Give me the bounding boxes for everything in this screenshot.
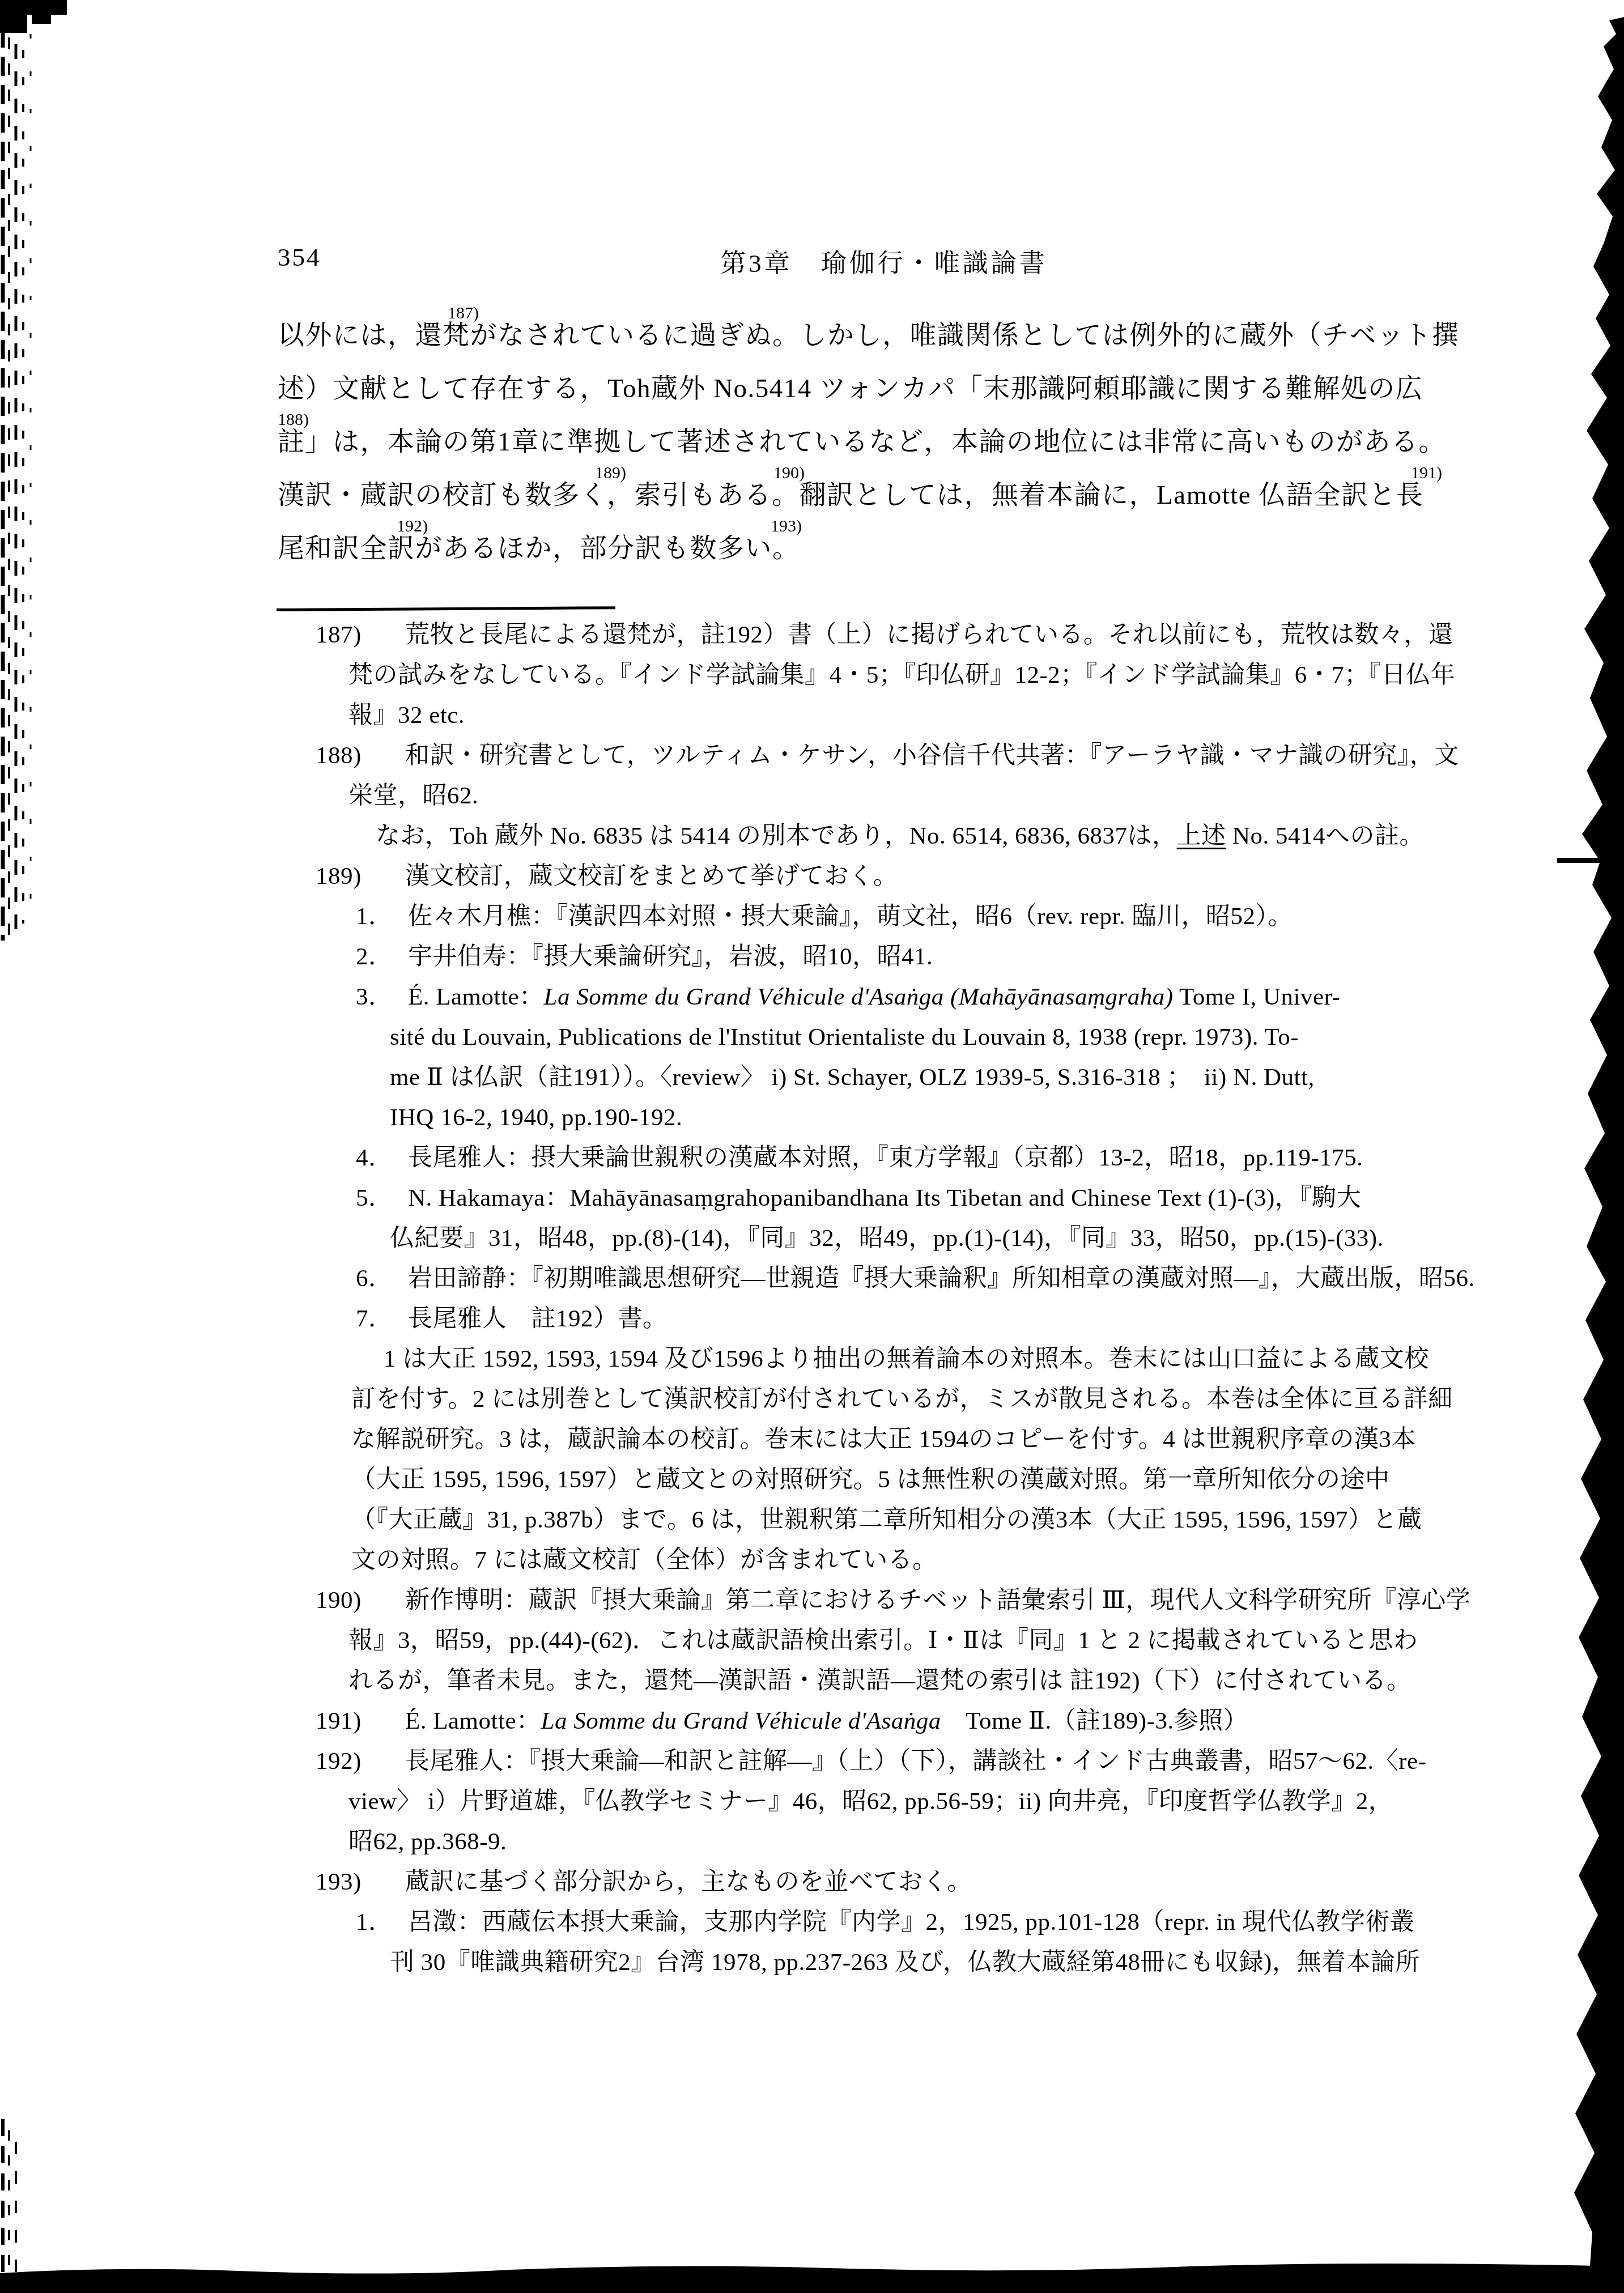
footnote-text: 昭62, pp.368-9. — [348, 1828, 507, 1855]
footnote-line: sité du Louvain, Publications de l'Insti… — [278, 1017, 1507, 1057]
footnote-line: （『大正蔵』31, p.387b）まで。6 は，世親釈第二章所知相分の漢3本（大… — [278, 1500, 1507, 1540]
footnote-number: 187) — [316, 615, 405, 655]
footnote-line: 189)漢文校訂，蔵文校訂をまとめて挙げておく。 — [278, 856, 1507, 896]
footnote-text: 蔵訳に基づく部分訳から，主なものを並べておく。 — [405, 1869, 972, 1895]
footnote-line: me Ⅱ は仏訳（註191））。〈review〉 i) St. Schayer,… — [278, 1057, 1507, 1097]
footnote-text: 梵の試みをなしている。『インド学試論集』4・5；『印仏研』12-2；『インド学試… — [348, 662, 1455, 688]
body-line: 189) 190) 191) 漢訳・蔵訳の校訂も数多く，索引もある。翻訳としては… — [278, 469, 1502, 522]
footnote-line: なお，Toh 蔵外 No. 6835 は 5414 の別本であり，No. 651… — [278, 816, 1507, 856]
corner-blob-noise — [0, 0, 67, 33]
footnote-text: me Ⅱ は仏訳（註191））。〈review〉 i) St. Schayer,… — [390, 1064, 1315, 1091]
footnote-text: 1 は大正 1592, 1593, 1594 及び1596より抽出の無着論本の対… — [384, 1346, 1429, 1372]
footnote-number: 192) — [316, 1741, 405, 1781]
footnote-line: 191)É. Lamotte：La Somme du Grand Véhicul… — [278, 1701, 1507, 1741]
body-line: 述）文献として存在する，Toh蔵外 No.5414 ツォンカパ「末那識阿頼耶識に… — [278, 362, 1502, 415]
footnote-text: （大正 1595, 1596, 1597）と蔵文との対照研究。5 は無性釈の漢蔵… — [351, 1466, 1390, 1493]
footnote-ref: 189) — [595, 462, 626, 484]
footnote-text: 呂澂：西蔵伝本摂大乗論，支那内学院『内学』2，1925, pp.101-128（… — [408, 1909, 1415, 1935]
body-text: 尾和訳全訳があるほか，部分訳も数多い。 — [278, 534, 800, 563]
footnote-text: 岩田諦静：『初期唯識思想研究―世親造『摂大乗論釈』所知相章の漢蔵対照―』，大蔵出… — [408, 1265, 1475, 1292]
footnote-text: れるが，筆者未見。また，還梵―漢訳語・漢訳語―還梵の索引は 註192)（下）に付… — [348, 1667, 1412, 1694]
footnote-line: 訂を付す。2 には別巻として漢訳校訂が付されているが，ミスが散見される。本巻は全… — [278, 1379, 1507, 1419]
footnote-text: 報』32 etc. — [348, 702, 465, 729]
footnote-text: 長尾雅人：摂大乗論世親釈の漢蔵本対照，『東方学報』（京都）13-2，昭18，pp… — [408, 1145, 1363, 1171]
footnote-line: 3．É. Lamotte：La Somme du Grand Véhicule … — [278, 977, 1507, 1017]
footnote-text: 荒牧と長尾による還梵が，註192）書（上）に掲げられている。それ以前にも，荒牧は… — [405, 622, 1453, 648]
list-number: 2． — [356, 937, 408, 977]
footnote-text: 和訳・研究書として，ツルティム・ケサン，小谷信千代共著：『アーラヤ識・マナ識の研… — [405, 742, 1459, 769]
footnote-text: Tome Ⅱ.（註189)-3.参照） — [941, 1708, 1248, 1734]
footnote-ref: 191) — [1411, 462, 1442, 484]
footnote-text: なお，Toh 蔵外 No. 6835 は 5414 の別本であり，No. 651… — [376, 823, 1177, 849]
footnote-text: É. Lamotte： — [405, 1708, 541, 1734]
footnote-line: 5．N. Hakamaya：Mahāyānasaṃgrahopanibandha… — [278, 1178, 1507, 1218]
footnote-line: 刊 30『唯識典籍研究2』台湾 1978, pp.237-263 及び，仏教大蔵… — [278, 1942, 1507, 1983]
footnote-line: れるが，筆者未見。また，還梵―漢訳語・漢訳語―還梵の索引は 註192)（下）に付… — [278, 1661, 1507, 1701]
book-title-italic: La Somme du Grand Véhicule d'Asaṅga (Mah… — [544, 984, 1174, 1010]
footnote-ref: 187) — [448, 302, 479, 325]
footnote-text: （『大正蔵』31, p.387b）まで。6 は，世親釈第二章所知相分の漢3本（大… — [351, 1507, 1422, 1533]
body-text: 漢訳・蔵訳の校訂も数多く，索引もある。翻訳としては，無着本論に，Lamotte … — [278, 480, 1423, 510]
footnote-line: 4．長尾雅人：摂大乗論世親釈の漢蔵本対照，『東方学報』（京都）13-2，昭18，… — [278, 1138, 1507, 1178]
footnote-text: 新作博明：蔵訳『摂大乗論』第二章におけるチベット語彙索引 Ⅲ，現代人文科学研究所… — [405, 1587, 1470, 1614]
footnote-text: N. Hakamaya：Mahāyānasaṃgrahopanibandhana… — [408, 1185, 1361, 1211]
body-line: 187) 以外には，還梵がなされているに過ぎぬ。しかし，唯識関係としては例外的に… — [278, 309, 1502, 362]
footnote-line: 1．佐々木月樵：『漢訳四本対照・摂大乗論』，萌文社，昭6（rev. repr. … — [278, 896, 1507, 937]
footnote-text: 報』3，昭59，pp.(44)-(62)．これは蔵訳語検出索引。Ⅰ・Ⅱは『同』1… — [348, 1627, 1418, 1654]
list-number: 1． — [356, 896, 408, 937]
footnote-line: IHQ 16-2, 1940, pp.190-192. — [278, 1097, 1507, 1138]
footnote-line: 7．長尾雅人 註192）書。 — [278, 1299, 1507, 1339]
chapter-title: 第3章 瑜伽行・唯識論書 — [278, 243, 1490, 279]
footnote-text: 長尾雅人 註192）書。 — [408, 1305, 668, 1332]
footnote-text: 宇井伯寿：『摂大乗論研究』，岩波，昭10，昭41. — [408, 943, 933, 970]
body-line: 192) 193) 尾和訳全訳があるほか，部分訳も数多い。 — [278, 522, 1502, 575]
footnote-text: Tome I, Univer- — [1174, 984, 1341, 1010]
footnote-ref: 188) — [278, 409, 309, 431]
body-text: 述）文献として存在する，Toh蔵外 No.5414 ツォンカパ「末那識阿頼耶識に… — [278, 374, 1423, 403]
footnote-text: No. 5414への註。 — [1226, 823, 1424, 849]
footnote-line: 報』32 etc. — [278, 695, 1507, 735]
footnote-text: IHQ 16-2, 1940, pp.190-192. — [390, 1104, 682, 1131]
body-paragraph: 187) 以外には，還梵がなされているに過ぎぬ。しかし，唯識関係としては例外的に… — [278, 309, 1502, 575]
footnote-line: 梵の試みをなしている。『インド学試論集』4・5；『印仏研』12-2；『インド学試… — [278, 655, 1507, 695]
footnote-line: な解説研究。3 は，蔵訳論本の校訂。巻末には大正 1594のコピーを付す。4 は… — [278, 1419, 1507, 1460]
footnote-line: 188)和訳・研究書として，ツルティム・ケサン，小谷信千代共著：『アーラヤ識・マ… — [278, 735, 1507, 776]
footnote-line: 昭62, pp.368-9. — [278, 1822, 1507, 1862]
body-text: 註」は，本論の第1章に準拠して著述されているなど，本論の地位には非常に高いものが… — [278, 427, 1446, 457]
list-number: 3． — [356, 977, 408, 1017]
right-edge-noise — [1557, 17, 1624, 2293]
footnote-line: 2．宇井伯寿：『摂大乗論研究』，岩波，昭10，昭41. — [278, 937, 1507, 977]
footnote-text: 仏紀要』31，昭48，pp.(8)-(14)，『同』32，昭49，pp.(1)-… — [390, 1225, 1384, 1252]
footnote-line: 6．岩田諦静：『初期唯識思想研究―世親造『摂大乗論釈』所知相章の漢蔵対照―』，大… — [278, 1258, 1507, 1299]
footnote-number: 190) — [316, 1580, 405, 1620]
footnote-text: な解説研究。3 は，蔵訳論本の校訂。巻末には大正 1594のコピーを付す。4 は… — [351, 1426, 1416, 1453]
footnote-text: 漢文校訂，蔵文校訂をまとめて挙げておく。 — [405, 863, 898, 890]
footnote-line: 栄堂，昭62. — [278, 776, 1507, 816]
footnote-line: 仏紀要』31，昭48，pp.(8)-(14)，『同』32，昭49，pp.(1)-… — [278, 1218, 1507, 1258]
footnote-line: 報』3，昭59，pp.(44)-(62)．これは蔵訳語検出索引。Ⅰ・Ⅱは『同』1… — [278, 1620, 1507, 1661]
list-number: 5． — [356, 1178, 408, 1218]
footnote-text: 刊 30『唯識典籍研究2』台湾 1978, pp.237-263 及び，仏教大蔵… — [390, 1949, 1420, 1976]
footnote-line: 1 は大正 1592, 1593, 1594 及び1596より抽出の無着論本の対… — [278, 1339, 1507, 1379]
footnote-text: sité du Louvain, Publications de l'Insti… — [390, 1024, 1299, 1050]
footnote-text: 文の対照。7 には蔵文校訂（全体）が含まれている。 — [351, 1547, 937, 1573]
list-number: 4． — [356, 1138, 408, 1178]
list-number: 1． — [356, 1902, 408, 1942]
bottom-edge-noise — [0, 2264, 1624, 2293]
footnote-text: 佐々木月樵：『漢訳四本対照・摂大乗論』，萌文社，昭6（rev. repr. 臨川… — [408, 903, 1293, 930]
footnote-text: view〉 i）片野道雄，『仏教学セミナー』46，昭62, pp.56-59；i… — [348, 1788, 1393, 1815]
footnote-line: 187)荒牧と長尾による還梵が，註192）書（上）に掲げられている。それ以前にも… — [278, 615, 1507, 655]
footnote-text: 訂を付す。2 には別巻として漢訳校訂が付されているが，ミスが散見される。本巻は全… — [351, 1386, 1453, 1413]
footnote-line: （大正 1595, 1596, 1597）と蔵文との対照研究。5 は無性釈の漢蔵… — [278, 1460, 1507, 1500]
footnote-text: 長尾雅人：『摂大乗論―和訳と註解―』（上）（下），講談社・インド古典叢書，昭57… — [405, 1748, 1426, 1775]
footnote-line: 193)蔵訳に基づく部分訳から，主なものを並べておく。 — [278, 1862, 1507, 1902]
footnote-number: 193) — [316, 1862, 405, 1902]
footnote-line: 1．呂澂：西蔵伝本摂大乗論，支那内学院『内学』2，1925, pp.101-12… — [278, 1902, 1507, 1942]
left-binding-noise — [3, 0, 31, 941]
footnote-number: 189) — [316, 856, 405, 896]
footnote-number: 188) — [316, 735, 405, 776]
footnote-line: 190)新作博明：蔵訳『摂大乗論』第二章におけるチベット語彙索引 Ⅲ，現代人文科… — [278, 1580, 1507, 1620]
footnote-line: view〉 i）片野道雄，『仏教学セミナー』46，昭62, pp.56-59；i… — [278, 1781, 1507, 1822]
footnote-ref: 192) — [397, 515, 428, 538]
list-number: 6． — [356, 1258, 408, 1299]
page-header: 354 第3章 瑜伽行・唯識論書 — [278, 243, 1490, 276]
underlined-text: 上述 — [1177, 823, 1226, 849]
footnote-separator — [277, 606, 615, 611]
list-number: 7． — [356, 1299, 408, 1339]
body-text: 以外には，還梵がなされているに過ぎぬ。しかし，唯識関係としては例外的に蔵外（チベ… — [278, 321, 1460, 350]
footnote-line: 文の対照。7 には蔵文校訂（全体）が含まれている。 — [278, 1540, 1507, 1580]
left-binding-noise-bottom — [3, 2119, 16, 2293]
footnote-line: 192)長尾雅人：『摂大乗論―和訳と註解―』（上）（下），講談社・インド古典叢書… — [278, 1741, 1507, 1781]
body-line: 188) 註」は，本論の第1章に準拠して著述されているなど，本論の地位には非常に… — [278, 415, 1502, 469]
footnote-ref: 190) — [773, 462, 805, 484]
footnote-number: 191) — [316, 1701, 405, 1741]
book-title-italic: La Somme du Grand Véhicule d'Asaṅga — [541, 1708, 941, 1734]
footnotes: 187)荒牧と長尾による還梵が，註192）書（上）に掲げられている。それ以前にも… — [278, 615, 1507, 1983]
footnote-text: É. Lamotte： — [408, 984, 544, 1010]
scanned-book-page: 354 第3章 瑜伽行・唯識論書 187) 以外には，還梵がなされているに過ぎぬ… — [0, 0, 1624, 2293]
footnote-ref: 193) — [771, 515, 802, 538]
footnote-text: 栄堂，昭62. — [348, 782, 478, 809]
